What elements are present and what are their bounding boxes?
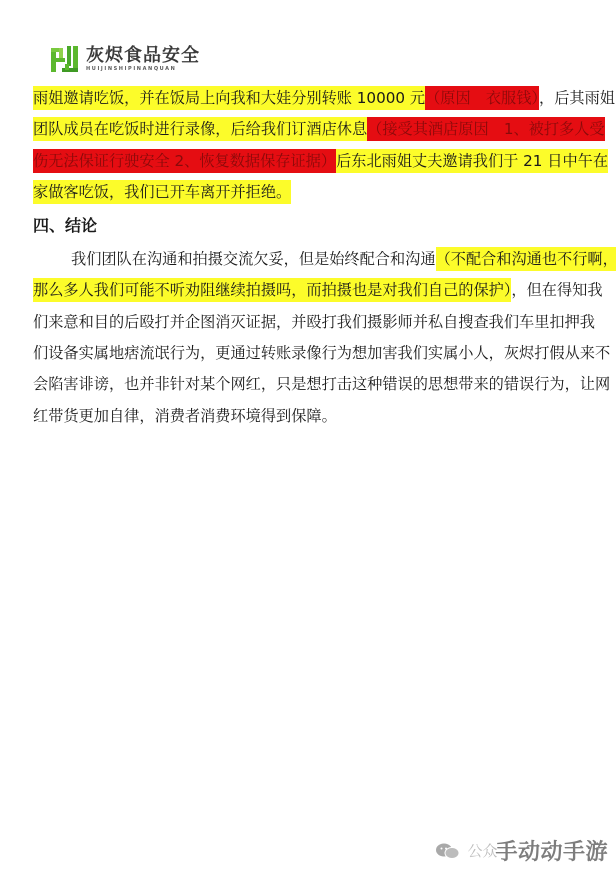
plain-text: 们来意和目的后殴打并企图消灭证据，并殴打我们摄影师并私自搜查我们车里扣押我 bbox=[33, 313, 595, 331]
watermark-partial-text: 公众 bbox=[467, 840, 497, 861]
brand-logo: 灰烬食品安全 HUIJINSHIPINANQUAN bbox=[50, 44, 200, 74]
paragraph-line: 们来意和目的后殴打并企图消灭证据，并殴打我们摄影师并私自搜查我们车里扣押我 bbox=[33, 307, 593, 338]
plain-text: ，但在得知我 bbox=[511, 281, 602, 299]
highlight-red: 伤无法保证行驶安全 2、恢复数据保存证据） bbox=[33, 149, 336, 173]
plain-text: 们设备实属地痞流氓行为，更通过转账录像行为想加害我们实属小人，灰烬打假从来不 bbox=[33, 344, 610, 362]
document-body: 雨姐邀请吃饭，并在饭局上向我和大娃分别转账 10000 元（原因 衣服钱），后其… bbox=[33, 83, 593, 432]
logo-mark-icon bbox=[50, 44, 80, 74]
paragraph-line: 那么多人我们可能不听劝阻继续拍摄吗，而拍摄也是对我们自己的保护），但在得知我 bbox=[33, 275, 593, 306]
highlight-yellow: 家做客吃饭，我们已开车离开并拒绝。 bbox=[33, 180, 291, 204]
wechat-icon bbox=[435, 842, 461, 860]
watermark: 公众 手动动手游 bbox=[435, 835, 608, 866]
paragraph-line: 红带货更加自律，消费者消费环境得到保障。 bbox=[33, 401, 593, 432]
paragraph-line: 雨姐邀请吃饭，并在饭局上向我和大娃分别转账 10000 元（原因 衣服钱），后其… bbox=[33, 83, 593, 114]
logo-title: 灰烬食品安全 bbox=[86, 46, 200, 66]
highlight-yellow: 后东北雨姐丈夫邀请我们于 21 日中午在 bbox=[336, 149, 608, 173]
plain-text: 我们团队在沟通和拍摄交流欠妥，但是始终配合和沟通 bbox=[71, 250, 436, 268]
paragraph-line: 我们团队在沟通和拍摄交流欠妥，但是始终配合和沟通（不配合和沟通也不行啊， bbox=[33, 244, 593, 275]
highlight-yellow: 雨姐邀请吃饭，并在饭局上向我和大娃分别转账 10000 元 bbox=[33, 86, 425, 110]
highlight-yellow: 团队成员在吃饭时进行录像，后给我们订酒店休息 bbox=[33, 117, 367, 141]
plain-text: 红带货更加自律，消费者消费环境得到保障。 bbox=[33, 407, 337, 425]
highlight-red: （接受其酒店原因 1、被打多人受 bbox=[367, 117, 604, 141]
paragraph-line: 伤无法保证行驶安全 2、恢复数据保存证据）后东北雨姐丈夫邀请我们于 21 日中午… bbox=[33, 146, 593, 177]
highlight-yellow: （不配合和沟通也不行啊， bbox=[436, 247, 616, 271]
paragraph-line: 团队成员在吃饭时进行录像，后给我们订酒店休息（接受其酒店原因 1、被打多人受 bbox=[33, 114, 593, 145]
highlight-red: （原因 衣服钱） bbox=[425, 86, 539, 110]
section-heading: 四、结论 bbox=[33, 208, 593, 244]
paragraph-line: 家做客吃饭，我们已开车离开并拒绝。 bbox=[33, 177, 593, 208]
watermark-brand: 手动动手游 bbox=[495, 835, 608, 866]
plain-text: 会陷害诽谤，也并非针对某个网红，只是想打击这种错误的思想带来的错误行为，让网 bbox=[33, 375, 610, 393]
logo-subtitle: HUIJINSHIPINANQUAN bbox=[86, 66, 200, 73]
paragraph-line: 们设备实属地痞流氓行为，更通过转账录像行为想加害我们实属小人，灰烬打假从来不 bbox=[33, 338, 593, 369]
highlight-yellow: 那么多人我们可能不听劝阻继续拍摄吗，而拍摄也是对我们自己的保护） bbox=[33, 278, 511, 302]
paragraph-line: 会陷害诽谤，也并非针对某个网红，只是想打击这种错误的思想带来的错误行为，让网 bbox=[33, 369, 593, 400]
plain-text: ，后其雨姐 bbox=[539, 89, 615, 107]
